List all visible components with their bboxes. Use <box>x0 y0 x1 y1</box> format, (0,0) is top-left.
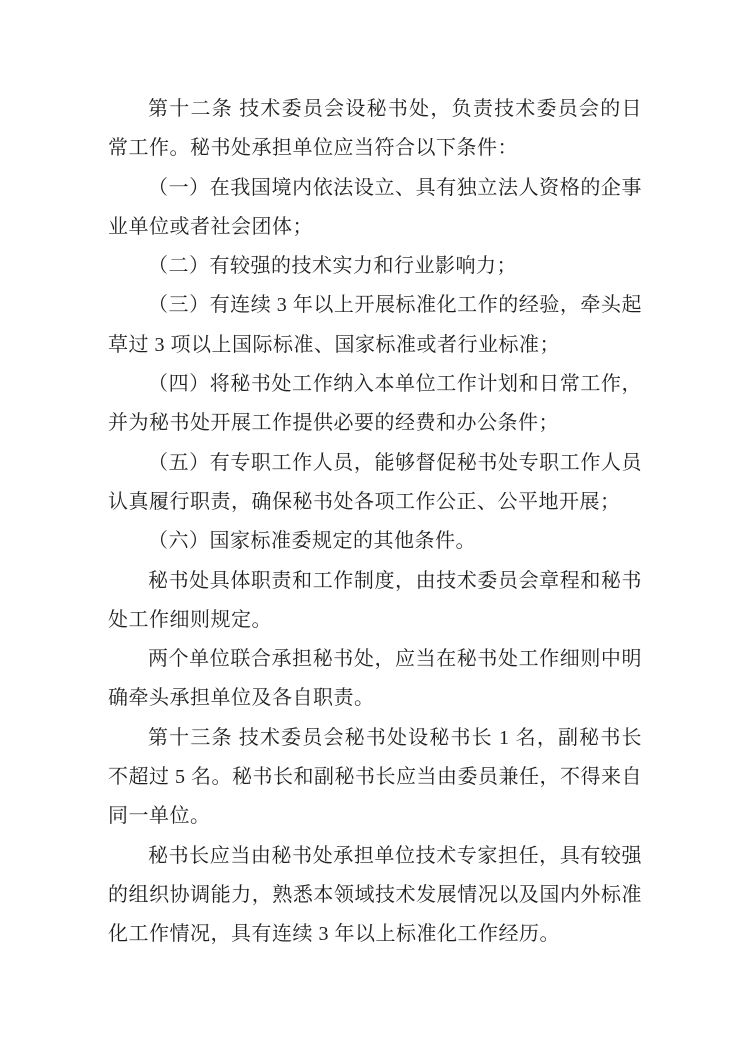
paragraph-condition-3: （三）有连续 3 年以上开展标准化工作的经验，牵头起草过 3 项以上国际标准、国… <box>108 286 642 365</box>
paragraph-condition-2: （二）有较强的技术实力和行业影响力； <box>108 247 642 286</box>
paragraph-condition-4: （四）将秘书处工作纳入本单位工作计划和日常工作，并为秘书处开展工作提供必要的经费… <box>108 365 642 444</box>
paragraph-article-13: 第十三条 技术委员会秘书处设秘书长 1 名，副秘书长不超过 5 名。秘书长和副秘… <box>108 719 642 837</box>
paragraph-condition-5: （五）有专职工作人员，能够督促秘书处专职工作人员认真履行职责，确保秘书处各项工作… <box>108 444 642 523</box>
paragraph-joint-undertaking: 两个单位联合承担秘书处，应当在秘书处工作细则中明确牵头承担单位及各自职责。 <box>108 640 642 719</box>
paragraph-article-12-intro: 第十二条 技术委员会设秘书处，负责技术委员会的日常工作。秘书处承担单位应当符合以… <box>108 90 642 169</box>
paragraph-secretariat-duties: 秘书处具体职责和工作制度，由技术委员会章程和秘书处工作细则规定。 <box>108 562 642 641</box>
paragraph-condition-6: （六）国家标准委规定的其他条件。 <box>108 522 642 561</box>
document-page: 第十二条 技术委员会设秘书处，负责技术委员会的日常工作。秘书处承担单位应当符合以… <box>0 0 750 1060</box>
document-body: 第十二条 技术委员会设秘书处，负责技术委员会的日常工作。秘书处承担单位应当符合以… <box>108 90 642 955</box>
paragraph-secretary-general-requirements: 秘书长应当由秘书处承担单位技术专家担任，具有较强的组织协调能力，熟悉本领域技术发… <box>108 837 642 955</box>
paragraph-condition-1: （一）在我国境内依法设立、具有独立法人资格的企事业单位或者社会团体； <box>108 169 642 248</box>
